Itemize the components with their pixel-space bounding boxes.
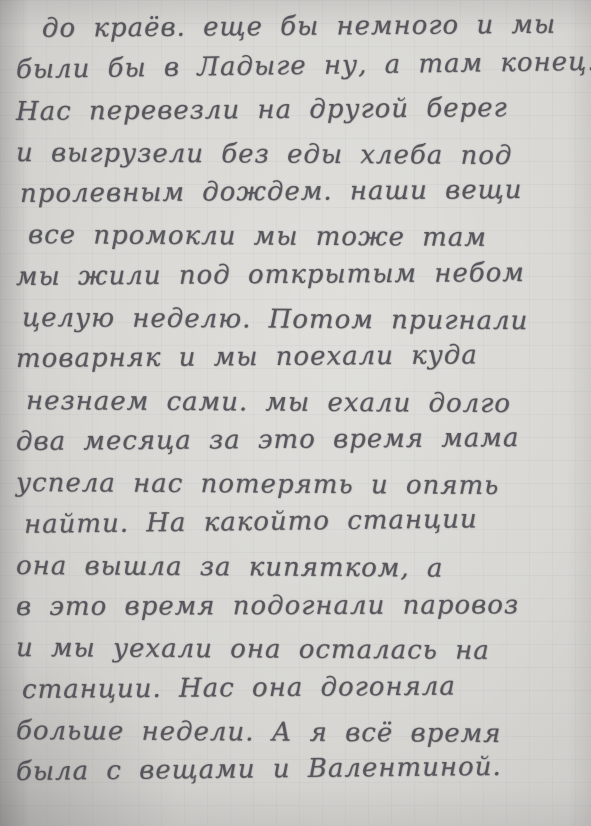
handwritten-line: товарняк и мы поехали куда — [16, 335, 581, 381]
handwritten-line: она вышла за кипятком, а — [16, 546, 581, 591]
handwritten-line: мы жили под открытым небом — [16, 252, 581, 298]
handwritten-line: найти. На какойто станции — [16, 498, 581, 546]
handwritten-text: до краёв. еще бы немного и мы были бы в … — [16, 9, 581, 794]
handwritten-line: два месяца за это время мама — [16, 418, 581, 464]
handwritten-line: в это время подогнали паровоз — [16, 585, 581, 628]
handwritten-line: были бы в Ладыге ну, а там конец. — [16, 42, 582, 91]
scanned-notebook-page: до краёв. еще бы немного и мы были бы в … — [0, 0, 591, 826]
handwritten-line: была с вещами и Валентиной. — [16, 746, 581, 793]
handwritten-line: Нас перевезли на другой берег — [16, 87, 581, 133]
handwritten-line: пролевным дождем. наши вещи — [16, 170, 581, 216]
handwritten-line: станции. Нас она догоняла — [16, 665, 581, 711]
